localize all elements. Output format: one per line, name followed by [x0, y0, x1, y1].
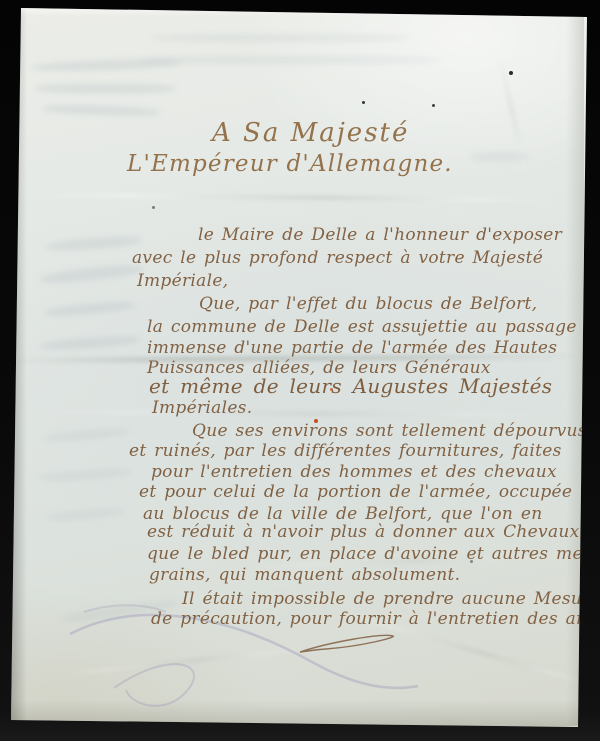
show-through-smudge: [150, 34, 410, 42]
ink-speck: [432, 104, 435, 107]
show-through-smudge: [40, 263, 145, 286]
paper-crease: [490, 13, 530, 190]
manuscript-line: Que ses environs sont tellement dépourvu…: [192, 421, 587, 441]
show-through-smudge: [46, 507, 126, 523]
manuscript-line: immense d'une partie de l'armée des Haut…: [147, 338, 557, 358]
manuscript-line: et ruinés, par les différentes fournitur…: [129, 441, 562, 461]
manuscript-line: le Maire de Delle a l'honneur d'exposer: [198, 225, 562, 245]
manuscript-line: et pour celui de la portion de l'armée, …: [139, 482, 572, 502]
ink-speck: [362, 101, 365, 104]
paper-crease: [16, 193, 578, 202]
paper-crease: [16, 411, 574, 417]
letter-addressee-line2: L'Empéreur d'Allemagne.: [127, 151, 453, 177]
manuscript-line: Impériale,: [137, 271, 228, 291]
ink-speck: [152, 206, 155, 209]
rust-speck: [314, 419, 318, 423]
manuscript-line: la commune de Delle est assujettie au pa…: [147, 317, 577, 337]
show-through-smudge: [46, 235, 143, 253]
show-through-smudge: [470, 152, 530, 162]
photo-backdrop: A Sa Majesté L'Empéreur d'Allemagne. le …: [0, 0, 600, 741]
letter-page: A Sa Majesté L'Empéreur d'Allemagne. le …: [0, 0, 600, 741]
manuscript-line: Il était impossible de prendre aucune Me…: [182, 589, 600, 609]
show-through-smudge: [36, 84, 176, 93]
manuscript-line: Impériales.: [152, 398, 252, 418]
show-through-smudge: [42, 104, 160, 117]
show-through-smudge: [40, 467, 132, 483]
manuscript-line: que le bled pur, en place d'avoine et au…: [147, 544, 600, 564]
manuscript-line: pour l'entretien des hommes et des cheva…: [151, 462, 557, 482]
paper-edge-left-shade: [11, 8, 27, 723]
show-through-smudge: [44, 300, 137, 318]
ink-speck: [509, 71, 513, 75]
letter-addressee-line1: A Sa Majesté: [212, 118, 409, 148]
manuscript-line: et même de leurs Augustes Majestés: [149, 374, 552, 398]
manuscript-line: de précaution, pour fournir à l'entretie…: [151, 609, 600, 629]
manuscript-line: au blocus de la ville de Belfort, que l'…: [143, 504, 542, 524]
manuscript-line: est réduit à n'avoir plus à donner aux C…: [147, 522, 585, 542]
manuscript-line: Que, par l'effet du blocus de Belfort,: [199, 294, 537, 314]
manuscript-line: avec le plus profond respect à votre Maj…: [132, 248, 543, 268]
ink-speck: [470, 560, 473, 563]
show-through-smudge: [140, 56, 440, 64]
ink-flourish: [296, 630, 400, 656]
paper-edge-top-highlight: [20, 8, 586, 16]
show-through-smudge: [44, 426, 131, 443]
manuscript-line: grains, qui manquent absolument.: [149, 565, 460, 585]
show-through-smudge: [40, 335, 140, 352]
rust-speck: [330, 388, 333, 391]
